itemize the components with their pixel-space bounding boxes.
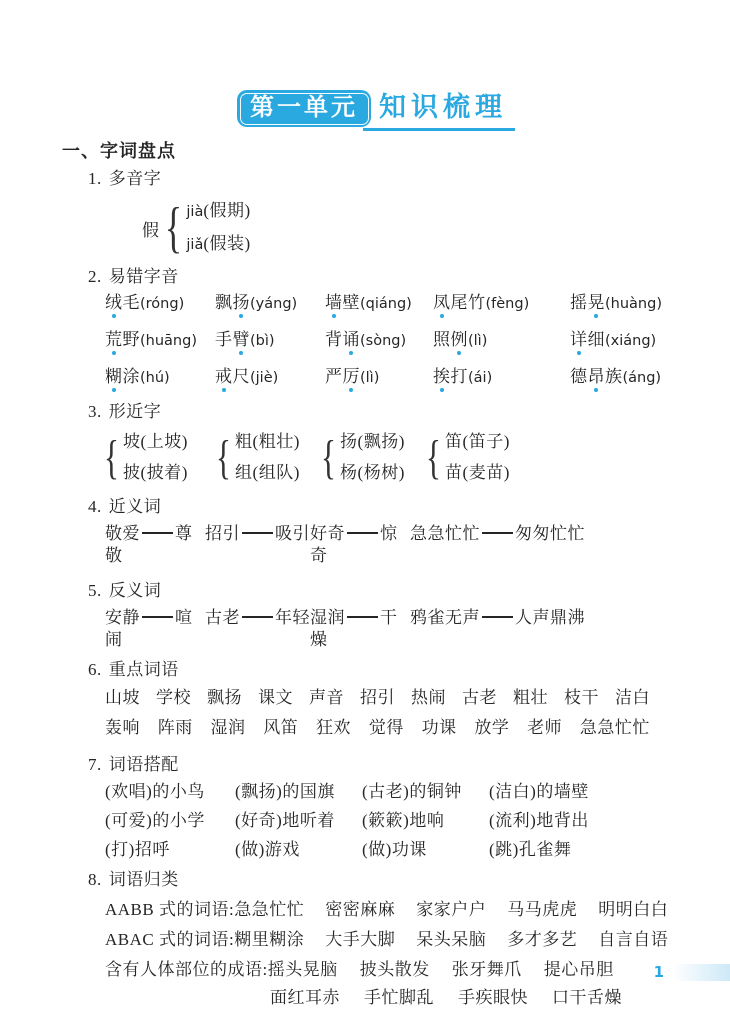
dotted-char: 糊 <box>105 366 123 388</box>
antonyms-block: 安静喧闹古老年轻湿润干燥鸦雀无声人声鼎沸 <box>0 607 730 651</box>
category-word: 披头散发 <box>360 959 430 981</box>
dotted-char: 荒 <box>105 329 123 351</box>
word: 招引 <box>205 524 240 543</box>
key-word: 课文 <box>258 687 293 709</box>
pinyin: (lì) <box>360 370 379 386</box>
item-label: 词语归类 <box>109 870 179 889</box>
key-word: 粗壮 <box>513 687 548 709</box>
item-number: 7. <box>88 755 102 774</box>
item-number: 8. <box>88 870 102 889</box>
pinyin: (róng) <box>140 296 184 312</box>
character-group: {粗(粗壮)组(组队) <box>212 431 317 484</box>
word-chars: 德昂族 <box>570 367 623 386</box>
key-word: 风笛 <box>263 717 298 739</box>
pinyin-row: 糊涂(hú)戒尺(jiè)严厉(lì)挨打(ái)德昂族(áng) <box>105 366 730 389</box>
item-label: 重点词语 <box>109 660 179 679</box>
pinyin: (qiáng) <box>360 296 412 312</box>
dotted-char: 厉 <box>343 366 361 388</box>
pinyin: jià <box>186 204 203 220</box>
antonym-pair-row: 安静喧闹古老年轻湿润干燥鸦雀无声人声鼎沸 <box>105 607 730 651</box>
collocation-row: (欢唱)的小鸟(飘扬)的国旗(古老)的铜钟(洁白)的墙壁 <box>105 781 730 803</box>
polyphonic-char: 假 <box>142 216 160 241</box>
group-word: 苗(麦苗) <box>445 462 510 484</box>
group-pair: 扬(飘扬)杨(杨树) <box>340 431 405 484</box>
collocation: (打)招呼 <box>105 839 235 861</box>
key-word: 觉得 <box>369 717 404 739</box>
category-line: 含有人体部位的成语:摇头晃脑披头散发张牙舞爪提心吊胆 <box>105 959 730 981</box>
char: 族 <box>605 367 623 386</box>
reading-word: (假装) <box>203 234 250 253</box>
word: 急急忙忙 <box>410 524 480 543</box>
word-chars: 墙壁 <box>325 293 360 312</box>
category-items: 急急忙忙密密麻麻家家户户马马虎虎明明白白 <box>234 899 668 921</box>
collocation: (欢唱)的小鸟 <box>105 781 235 803</box>
word-entry: 手臂(bì) <box>215 329 325 352</box>
similar-characters-block: {坡(上坡)披(披着){粗(粗壮)组(组队){扬(飘扬)杨(杨树){笛(笛子)苗… <box>100 431 730 484</box>
item-label: 反义词 <box>109 581 162 600</box>
pinyin: (áng) <box>623 370 662 386</box>
collocation: (做)游戏 <box>235 839 362 861</box>
item-number: 1. <box>88 169 102 188</box>
item-title-jinyici: 4.近义词 <box>88 496 730 518</box>
char: 飘 <box>215 293 233 312</box>
group-word: 组(组队) <box>235 462 300 484</box>
key-word: 功课 <box>422 717 457 739</box>
key-word: 洁白 <box>615 687 650 709</box>
group-word: 杨(杨树) <box>340 462 405 484</box>
character-group: {笛(笛子)苗(麦苗) <box>422 431 510 484</box>
character-group: {扬(飘扬)杨(杨树) <box>317 431 422 484</box>
antonym-pair: 安静喧闹 <box>105 607 205 651</box>
group-word: 坡(上坡) <box>123 431 188 453</box>
word: 湿润 <box>310 608 345 627</box>
collocation: (簌簌)地响 <box>362 810 489 832</box>
word-entry: 严厉(lì) <box>325 366 433 389</box>
word: 年轻 <box>275 608 310 627</box>
word-chars: 凤尾竹 <box>433 293 486 312</box>
word-entry: 德昂族(áng) <box>570 366 661 389</box>
char: 毛 <box>123 293 141 312</box>
dotted-char: 戒 <box>215 366 233 388</box>
category-line: AABB 式的词语:急急忙忙密密麻麻家家户户马马虎虎明明白白 <box>105 899 730 921</box>
item-number: 6. <box>88 660 102 679</box>
category-word: 马马虎虎 <box>507 899 577 921</box>
category-word: 急急忙忙 <box>234 899 304 921</box>
key-word: 急急忙忙 <box>580 717 650 739</box>
dotted-char: 详 <box>570 329 588 351</box>
word-entry: 墙壁(qiáng) <box>325 292 433 315</box>
word-chars: 摇晃 <box>570 293 605 312</box>
dotted-char: 绒 <box>105 292 123 314</box>
item-number: 5. <box>88 581 102 600</box>
word-entry: 详细(xiáng) <box>570 329 656 352</box>
char: 细 <box>588 330 606 349</box>
page-title-underline: 知识梳理 <box>363 94 515 131</box>
brace-glyph: { <box>104 436 119 480</box>
item-title-xingjinzi: 3.形近字 <box>88 401 730 423</box>
word-chars: 详细 <box>570 330 605 349</box>
group-pair: 笛(笛子)苗(麦苗) <box>445 431 510 484</box>
unit-badge-label: 第一单元 <box>250 95 358 121</box>
item-number: 4. <box>88 497 102 516</box>
category-word: 自言自语 <box>598 929 668 951</box>
synonym-pair: 好奇惊奇 <box>310 523 410 567</box>
polyphonic-block: 假{jià(假期)jiǎ(假装) <box>142 200 730 256</box>
key-word: 招引 <box>360 687 395 709</box>
word: 安静 <box>105 608 140 627</box>
pinyin: (lì) <box>468 333 487 349</box>
collocation: (古老)的铜钟 <box>362 781 489 803</box>
word-chars: 背诵 <box>325 330 360 349</box>
collocation: (飘扬)的国旗 <box>235 781 362 803</box>
char: 德 <box>570 367 588 386</box>
word-chars: 飘扬 <box>215 293 250 312</box>
word: 匆匆忙忙 <box>515 524 585 543</box>
word: 人声鼎沸 <box>515 608 585 627</box>
pinyin: (fèng) <box>486 296 530 312</box>
item-label: 词语搭配 <box>109 755 179 774</box>
brace-glyph: { <box>216 436 231 480</box>
brace-glyph: { <box>426 436 441 480</box>
word-entry: 飘扬(yáng) <box>215 292 325 315</box>
item-title-yicuoziyin: 2.易错字音 <box>88 266 730 288</box>
long-dash <box>142 532 173 534</box>
key-word: 飘扬 <box>207 687 242 709</box>
category-word: 家家户户 <box>416 899 486 921</box>
word-chars: 糊涂 <box>105 367 140 386</box>
synonyms-block: 敬爱尊敬招引吸引好奇惊奇急急忙忙匆匆忙忙 <box>0 523 730 567</box>
key-word: 热闹 <box>411 687 446 709</box>
category-label: ABAC 式的词语: <box>105 929 234 951</box>
word-entry: 糊涂(hú) <box>105 366 215 389</box>
synonym-pair-row: 敬爱尊敬招引吸引好奇惊奇急急忙忙匆匆忙忙 <box>105 523 730 567</box>
antonym-pair: 鸦雀无声人声鼎沸 <box>410 607 585 651</box>
page-number: 1 <box>654 964 664 981</box>
word-entry: 照例(lì) <box>433 329 570 352</box>
char: 摇 <box>570 293 588 312</box>
item-number: 3. <box>88 402 102 421</box>
key-word: 山坡 <box>105 687 140 709</box>
word-chars: 绒毛 <box>105 293 140 312</box>
word-chars: 照例 <box>433 330 468 349</box>
item-label: 易错字音 <box>109 267 179 286</box>
category-word: 大手大脚 <box>325 929 395 951</box>
category-word: 摇头晃脑 <box>268 959 338 981</box>
key-word: 轰响 <box>105 717 140 739</box>
category-word: 提心吊胆 <box>544 959 614 981</box>
word-entry: 凤尾竹(fèng) <box>433 292 570 315</box>
char: 壁 <box>343 293 361 312</box>
key-word: 老师 <box>527 717 562 739</box>
category-word: 密密麻麻 <box>325 899 395 921</box>
pinyin: (hú) <box>140 370 170 386</box>
reading-line: jiǎ(假装) <box>186 233 250 256</box>
collocation: (洁白)的墙壁 <box>489 781 589 803</box>
pinyin: (huàng) <box>605 296 662 312</box>
category-word: 手疾眼快 <box>458 987 528 1009</box>
word: 古老 <box>205 608 240 627</box>
item-label: 形近字 <box>109 402 162 421</box>
readings-list: jià(假期)jiǎ(假装) <box>186 200 250 256</box>
long-dash <box>142 616 173 618</box>
word-categories-block: AABB 式的词语:急急忙忙密密麻麻家家户户马马虎虎明明白白ABAC 式的词语:… <box>0 899 730 1009</box>
collocations-block: (欢唱)的小鸟(飘扬)的国旗(古老)的铜钟(洁白)的墙壁(可爱)的小学(好奇)地… <box>0 781 730 861</box>
category-line: 面红耳赤手忙脚乱手疾眼快口干舌燥 <box>270 987 730 1009</box>
word-chars: 荒野 <box>105 330 140 349</box>
long-dash <box>242 616 273 618</box>
key-words-row: 山坡学校飘扬课文声音招引热闹古老粗壮枝干洁白 <box>105 687 650 709</box>
pinyin: (bì) <box>250 333 275 349</box>
word-entry: 荒野(huāng) <box>105 329 215 352</box>
pinyin-row: 荒野(huāng)手臂(bì)背诵(sòng)照例(lì)详细(xiáng) <box>105 329 730 352</box>
word-chars: 挨打 <box>433 367 468 386</box>
item-title-ciyudapei: 7.词语搭配 <box>88 754 730 776</box>
word: 敬爱 <box>105 524 140 543</box>
character-group: {坡(上坡)披(披着) <box>100 431 212 484</box>
word-chars: 严厉 <box>325 367 360 386</box>
pinyin: jiǎ <box>186 237 203 253</box>
brace-glyph: { <box>164 203 181 253</box>
page-footer: 1 <box>654 964 730 981</box>
char: 打 <box>451 367 469 386</box>
key-words-row: 轰响阵雨湿润风笛狂欢觉得功课放学老师急急忙忙 <box>105 717 650 739</box>
char: 手 <box>215 330 233 349</box>
pinyin: (huāng) <box>140 333 197 349</box>
dotted-char: 扬 <box>233 292 251 314</box>
key-word: 狂欢 <box>316 717 351 739</box>
reading-word: (假期) <box>203 201 250 220</box>
item-title-zhongdianciyu: 6.重点词语 <box>88 659 730 681</box>
collocation-row: (可爱)的小学(好奇)地听着(簌簌)地响(流利)地背出 <box>105 810 730 832</box>
category-word: 手忙脚乱 <box>364 987 434 1009</box>
antonym-pair: 古老年轻 <box>205 607 310 651</box>
category-word: 多才多艺 <box>507 929 577 951</box>
item-title-duoyinzi: 1.多音字 <box>88 168 730 190</box>
category-word: 明明白白 <box>598 899 668 921</box>
word-entry: 挨打(ái) <box>433 366 570 389</box>
key-word: 学校 <box>156 687 191 709</box>
word-entry: 绒毛(róng) <box>105 292 215 315</box>
long-dash <box>347 616 378 618</box>
synonym-pair: 招引吸引 <box>205 523 310 567</box>
unit-badge: 第一单元 <box>237 90 371 127</box>
category-items: 面红耳赤手忙脚乱手疾眼快口干舌燥 <box>270 987 622 1009</box>
synonym-pair: 敬爱尊敬 <box>105 523 205 567</box>
brace-glyph: { <box>321 436 336 480</box>
item-label: 近义词 <box>109 497 162 516</box>
group-word: 扬(飘扬) <box>340 431 405 453</box>
page-title: 知识梳理 <box>379 92 507 122</box>
word: 好奇 <box>310 524 345 543</box>
key-word: 枝干 <box>564 687 599 709</box>
synonym-pair: 急急忙忙匆匆忙忙 <box>410 523 585 567</box>
pinyin: (ái) <box>468 370 492 386</box>
item-label: 多音字 <box>109 169 162 188</box>
collocation: (可爱)的小学 <box>105 810 235 832</box>
long-dash <box>482 616 513 618</box>
item-title-ciyuguilei: 8.词语归类 <box>88 869 730 891</box>
key-word: 古老 <box>462 687 497 709</box>
dotted-char: 晃 <box>588 292 606 314</box>
char: 涂 <box>123 367 141 386</box>
key-word: 阵雨 <box>158 717 193 739</box>
dotted-char: 例 <box>451 329 469 351</box>
category-line: ABAC 式的词语:糊里糊涂大手大脚呆头呆脑多才多艺自言自语 <box>105 929 730 951</box>
pinyin: (xiáng) <box>605 333 656 349</box>
group-word: 粗(粗壮) <box>235 431 300 453</box>
pinyin-row: 绒毛(róng)飘扬(yáng)墙壁(qiáng)凤尾竹(fèng)摇晃(huà… <box>105 292 730 315</box>
item-number: 2. <box>88 267 102 286</box>
pinyin: (sòng) <box>360 333 406 349</box>
category-word: 糊里糊涂 <box>234 929 304 951</box>
error-prone-pinyin-block: 绒毛(róng)飘扬(yáng)墙壁(qiáng)凤尾竹(fèng)摇晃(huà… <box>0 292 730 389</box>
char: 严 <box>325 367 343 386</box>
char: 背 <box>325 330 343 349</box>
antonym-pair: 湿润干燥 <box>310 607 410 651</box>
category-word: 呆头呆脑 <box>416 929 486 951</box>
key-word: 湿润 <box>211 717 246 739</box>
collocation: (流利)地背出 <box>489 810 589 832</box>
long-dash <box>347 532 378 534</box>
word: 鸦雀无声 <box>410 608 480 627</box>
collocation-row: (打)招呼(做)游戏(做)功课(跳)孔雀舞 <box>105 839 730 861</box>
group-pair: 坡(上坡)披(披着) <box>123 431 188 484</box>
footer-accent-bar <box>672 964 730 981</box>
key-word: 声音 <box>309 687 344 709</box>
category-word: 面红耳赤 <box>270 987 340 1009</box>
dotted-char: 臂 <box>233 329 251 351</box>
word-entry: 戒尺(jiè) <box>215 366 325 389</box>
item-title-fanyici: 5.反义词 <box>88 580 730 602</box>
reading-line: jià(假期) <box>186 200 250 223</box>
dotted-char: 墙 <box>325 292 343 314</box>
key-word: 放学 <box>474 717 509 739</box>
dotted-char: 昂 <box>588 366 606 388</box>
page-header: 第一单元 知识梳理 <box>237 90 515 127</box>
word-entry: 背诵(sòng) <box>325 329 433 352</box>
pinyin: (jiè) <box>250 370 278 386</box>
char: 照 <box>433 330 451 349</box>
word-chars: 手臂 <box>215 330 250 349</box>
document-page: 一、字词盘点 1.多音字 假{jià(假期)jiǎ(假装) 2.易错字音 绒毛(… <box>0 0 730 1024</box>
word: 吸引 <box>275 524 310 543</box>
pinyin: (yáng) <box>250 296 297 312</box>
section-heading: 一、字词盘点 <box>62 140 730 163</box>
group-word: 披(披着) <box>123 462 188 484</box>
category-items: 糊里糊涂大手大脚呆头呆脑多才多艺自言自语 <box>234 929 668 951</box>
char: 尺 <box>233 367 251 386</box>
group-word: 笛(笛子) <box>445 431 510 453</box>
dotted-char: 挨 <box>433 366 451 388</box>
word-entry: 摇晃(huàng) <box>570 292 662 315</box>
dotted-char: 凤 <box>433 292 451 314</box>
category-word: 张牙舞爪 <box>452 959 522 981</box>
category-label: AABB 式的词语: <box>105 899 234 921</box>
collocation: (好奇)地听着 <box>235 810 362 832</box>
dotted-char: 诵 <box>343 329 361 351</box>
collocation: (做)功课 <box>362 839 489 861</box>
category-word: 口干舌燥 <box>552 987 622 1009</box>
long-dash <box>242 532 273 534</box>
key-words-block: 山坡学校飘扬课文声音招引热闹古老粗壮枝干洁白轰响阵雨湿润风笛狂欢觉得功课放学老师… <box>0 687 730 739</box>
category-items: 摇头晃脑披头散发张牙舞爪提心吊胆 <box>268 959 614 981</box>
char: 尾竹 <box>451 293 486 312</box>
word-chars: 戒尺 <box>215 367 250 386</box>
char: 野 <box>123 330 141 349</box>
collocation: (跳)孔雀舞 <box>489 839 571 861</box>
category-label: 含有人体部位的成语: <box>105 959 268 981</box>
long-dash <box>482 532 513 534</box>
group-pair: 粗(粗壮)组(组队) <box>235 431 300 484</box>
